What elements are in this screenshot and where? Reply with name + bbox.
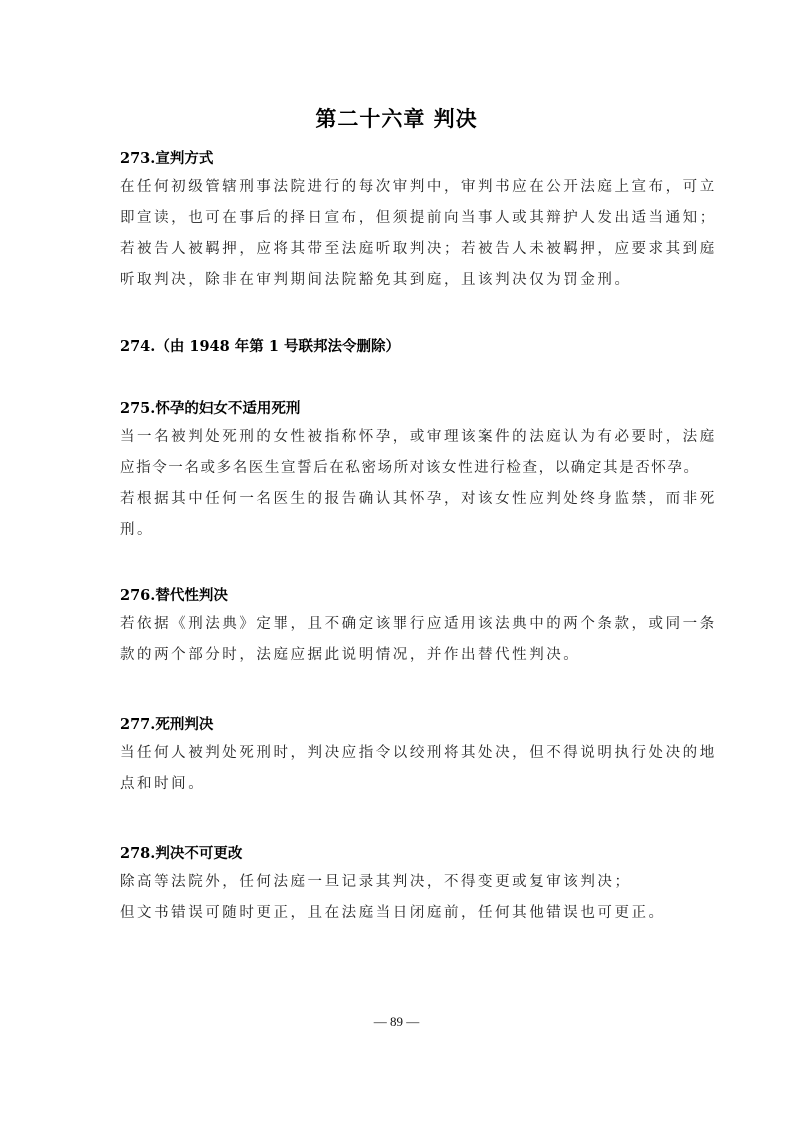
paragraph-line: 听取判决，除非在审判期间法院豁免其到庭，且该判决仅为罚金刑。: [120, 265, 680, 296]
section-heading: 276.替代性判决: [120, 583, 680, 609]
page-number: — 89 —: [0, 1014, 793, 1030]
section-273: 273.宣判方式 在任何初级管辖刑事法院进行的每次审判中，审判书应在公开法庭上宣…: [120, 146, 680, 296]
document-page: 第二十六章 判决 273.宣判方式 在任何初级管辖刑事法院进行的每次审判中，审判…: [0, 0, 793, 1122]
paragraph-line: 应指令一名或多名医生宣誓后在私密场所对该女性进行检查，以确定其是否怀孕。: [120, 453, 680, 484]
section-heading: 278.判决不可更改: [120, 841, 680, 867]
section-heading: 274.（由 1948 年第 1 号联邦法令删除）: [120, 334, 680, 360]
section-276: 276.替代性判决 若依据《刑法典》定罪，且不确定该罪行应适用该法典中的两个条款…: [120, 583, 680, 671]
paragraph-line: 即宣读，也可在事后的择日宣布，但须提前向当事人或其辩护人发出适当通知；: [120, 203, 680, 234]
paragraph-line: 在任何初级管辖刑事法院进行的每次审判中，审判书应在公开法庭上宣布，可立: [120, 172, 680, 203]
paragraph-line: 点和时间。: [120, 769, 680, 800]
chapter-title: 第二十六章 判决: [0, 103, 793, 133]
paragraph-line: 当一名被判处死刑的女性被指称怀孕，或审理该案件的法庭认为有必要时，法庭: [120, 422, 680, 453]
section-heading: 273.宣判方式: [120, 146, 680, 172]
section-277: 277.死刑判决 当任何人被判处死刑时，判决应指令以绞刑将其处决，但不得说明执行…: [120, 712, 680, 800]
paragraph-line: 刑。: [120, 515, 680, 546]
section-heading: 275.怀孕的妇女不适用死刑: [120, 396, 680, 422]
section-275: 275.怀孕的妇女不适用死刑 当一名被判处死刑的女性被指称怀孕，或审理该案件的法…: [120, 396, 680, 546]
paragraph-line: 但文书错误可随时更正，且在法庭当日闭庭前，任何其他错误也可更正。: [120, 898, 680, 929]
paragraph-line: 款的两个部分时，法庭应据此说明情况，并作出替代性判决。: [120, 640, 680, 671]
paragraph-line: 若被告人被羁押，应将其带至法庭听取判决；若被告人未被羁押，应要求其到庭: [120, 234, 680, 265]
paragraph-line: 若依据《刑法典》定罪，且不确定该罪行应适用该法典中的两个条款，或同一条: [120, 609, 680, 640]
paragraph-line: 当任何人被判处死刑时，判决应指令以绞刑将其处决，但不得说明执行处决的地: [120, 738, 680, 769]
paragraph-line: 除高等法院外，任何法庭一旦记录其判决，不得变更或复审该判决；: [120, 867, 680, 898]
section-heading: 277.死刑判决: [120, 712, 680, 738]
paragraph-line: 若根据其中任何一名医生的报告确认其怀孕，对该女性应判处终身监禁，而非死: [120, 484, 680, 515]
section-274: 274.（由 1948 年第 1 号联邦法令删除）: [120, 334, 680, 360]
section-278: 278.判决不可更改 除高等法院外，任何法庭一旦记录其判决，不得变更或复审该判决…: [120, 841, 680, 929]
